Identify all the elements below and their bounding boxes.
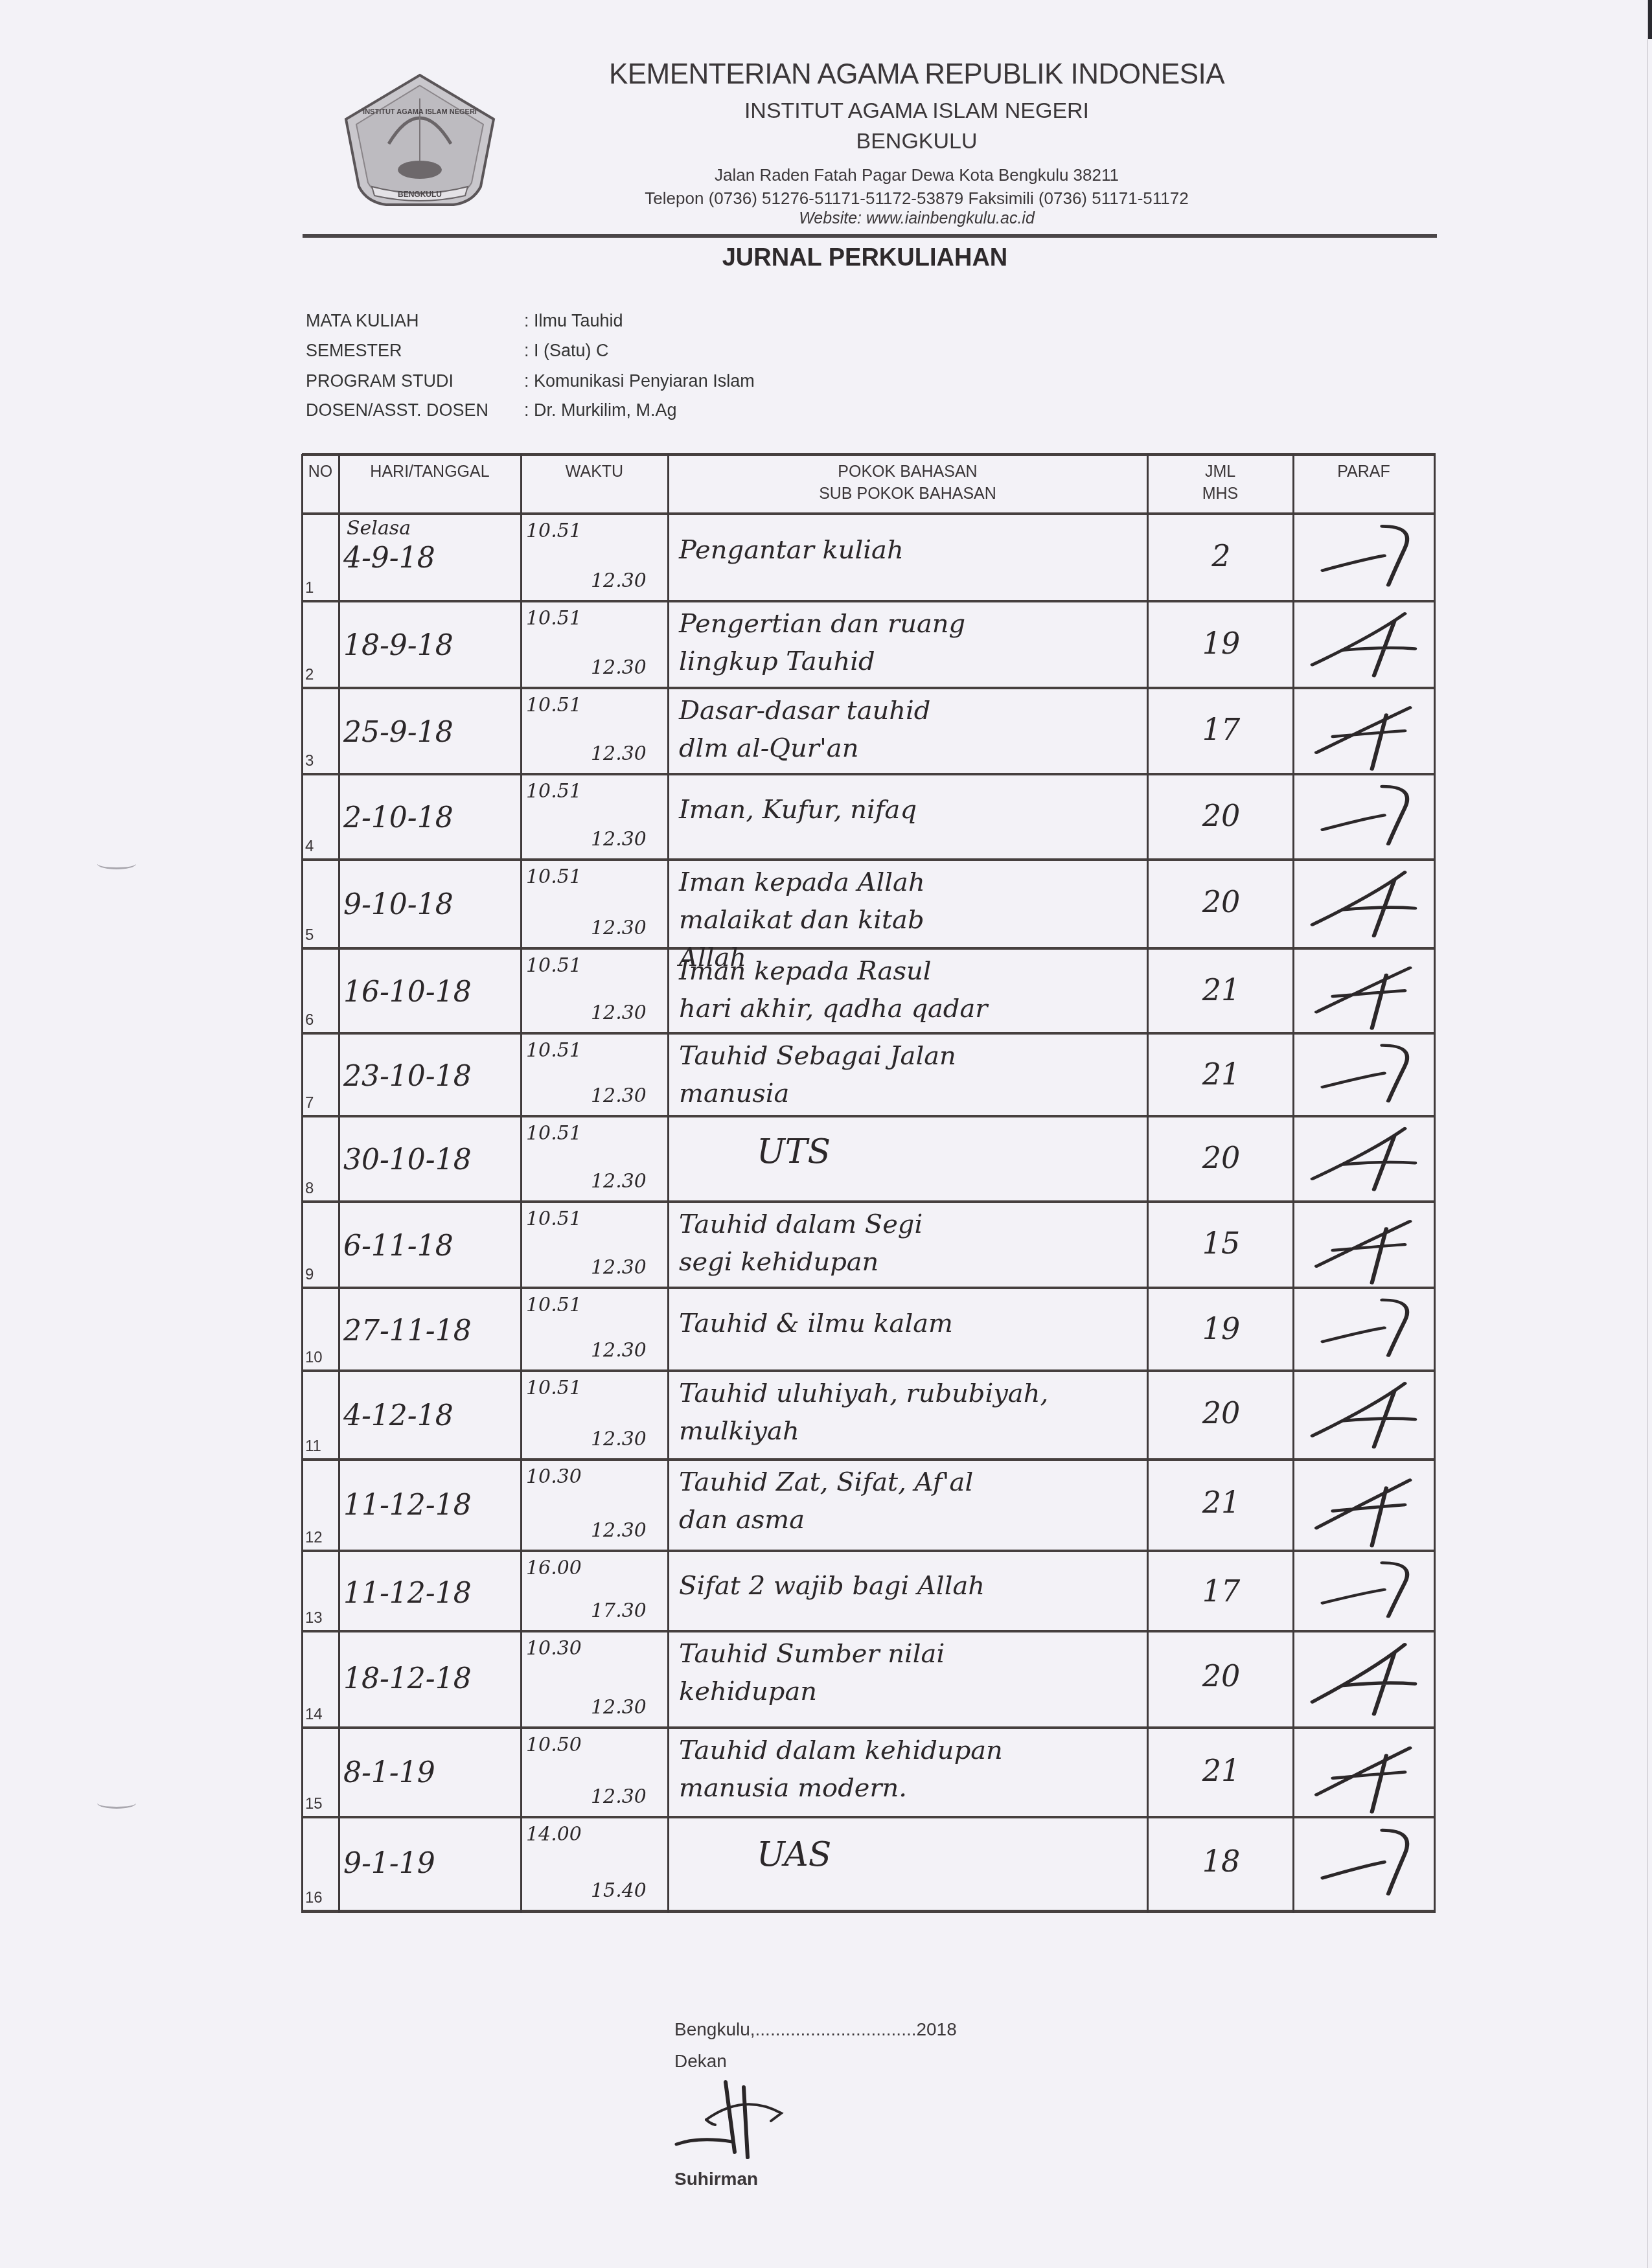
row-student-count: 20 — [1150, 1140, 1292, 1179]
row-student-count: 2 — [1150, 538, 1292, 577]
signatory-position: Dekan — [674, 2051, 727, 2072]
row-topic-line: hari akhir, qadha qadar — [679, 990, 1142, 1027]
row-topic: Iman kepada Allahmalaikat dan kitabAllah — [679, 864, 1142, 947]
row-topic-line: manusia — [679, 1075, 1142, 1112]
row-date: 8-1-19 — [343, 1756, 518, 1793]
row-time-end: 12.30 — [591, 1340, 665, 1363]
table-rule — [302, 1458, 1436, 1461]
table-rule — [302, 773, 1436, 775]
initial-signature-icon — [1302, 1733, 1425, 1816]
initial-signature-icon — [1302, 1376, 1425, 1458]
row-date: 23-10-18 — [343, 1060, 518, 1096]
info-label: SEMESTER — [306, 341, 524, 361]
table-column-rule — [301, 454, 303, 1913]
row-time-start: 14.00 — [526, 1824, 604, 1847]
row-student-count: 19 — [1150, 626, 1292, 665]
row-topic-line: malaikat dan kitab — [679, 901, 1142, 939]
header-paraf: PARAF — [1293, 454, 1434, 515]
row-time-end: 12.30 — [591, 1520, 665, 1543]
row-number: 10 — [305, 1349, 338, 1368]
row-topic-line: kehidupan — [679, 1673, 1142, 1710]
row-time-start: 10.51 — [526, 608, 604, 631]
row-date: 4-9-18 — [343, 542, 518, 578]
row-topic-line: segi kehidupan — [679, 1243, 1142, 1281]
row-time-end: 12.30 — [591, 570, 665, 593]
table-column-rule — [1292, 454, 1294, 1913]
info-value: : Ilmu Tauhid — [524, 311, 623, 330]
institute-name: INSTITUT AGAMA ISLAM NEGERI — [557, 98, 1276, 124]
row-number: 8 — [305, 1180, 338, 1199]
table-rule — [302, 1032, 1436, 1035]
row-student-count: 21 — [1150, 1485, 1292, 1524]
row-topic-line: Pengertian dan ruang — [679, 605, 1142, 643]
row-topic: Sifat 2 wajib bagi Allah — [679, 1567, 1142, 1642]
row-topic-line: Tauhid uluhiyah, rububiyah, — [679, 1375, 1142, 1412]
row-time-start: 10.50 — [526, 1734, 604, 1758]
table-rule — [302, 1726, 1436, 1729]
row-student-count: 17 — [1150, 712, 1292, 751]
row-date: 9-10-18 — [343, 888, 518, 924]
letterhead-divider — [303, 234, 1437, 238]
table-rule — [302, 1115, 1436, 1117]
row-date: 18-12-18 — [343, 1662, 518, 1699]
row-topic-line: Tauhid Sebagai Jalan — [679, 1037, 1142, 1075]
row-time-start: 10.51 — [526, 781, 604, 804]
row-student-count: 20 — [1150, 1658, 1292, 1697]
row-time-end: 12.30 — [591, 1257, 665, 1280]
initial-signature-icon — [1302, 1822, 1425, 1910]
header-topic: POKOK BAHASAN SUB POKOK BAHASAN — [668, 454, 1147, 515]
row-topic: Tauhid Sebagai Jalanmanusia — [679, 1037, 1142, 1115]
table-rule — [302, 1550, 1436, 1552]
row-topic: Tauhid dalam Segisegi kehidupan — [679, 1206, 1142, 1287]
row-date: 25-9-18 — [343, 716, 518, 752]
row-time-end: 12.30 — [591, 1697, 665, 1720]
initial-signature-icon — [1302, 1556, 1425, 1630]
row-time-end: 12.30 — [591, 829, 665, 852]
row-time-end: 12.30 — [591, 1085, 665, 1108]
row-time-end: 17.30 — [591, 1600, 665, 1623]
info-label: MATA KULIAH — [306, 311, 524, 331]
table-column-rule — [667, 454, 669, 1913]
row-time-start: 10.51 — [526, 694, 604, 718]
row-number: 1 — [305, 579, 338, 599]
row-number: 16 — [305, 1889, 338, 1908]
row-topic-line: Tauhid Zat, Sifat, Af'al — [679, 1463, 1142, 1501]
row-number: 3 — [305, 752, 338, 772]
table-column-rule — [520, 454, 522, 1913]
row-time-end: 12.30 — [591, 1786, 665, 1809]
row-date: 16-10-18 — [343, 976, 518, 1012]
row-time-end: 12.30 — [591, 1002, 665, 1025]
dean-signature-icon — [672, 2079, 789, 2167]
table-rule — [302, 687, 1436, 689]
header-no: NO — [302, 454, 339, 515]
row-topic-line: lingkup Tauhid — [679, 643, 1142, 680]
row-date: 6-11-18 — [343, 1230, 518, 1266]
punch-hole-mark — [97, 1798, 136, 1809]
svg-text:INSTITUT AGAMA ISLAM NEGERI: INSTITUT AGAMA ISLAM NEGERI — [363, 108, 477, 116]
info-program: PROGRAM STUDI: Komunikasi Penyiaran Isla… — [306, 371, 755, 391]
row-number: 5 — [305, 926, 338, 946]
initial-signature-icon — [1302, 606, 1425, 687]
row-day: Selasa — [347, 518, 489, 541]
initial-signature-icon — [1302, 1293, 1425, 1369]
institute-seal-icon: BENGKULU INSTITUT AGAMA ISLAM NEGERI — [343, 73, 496, 210]
info-course: MATA KULIAH: Ilmu Tauhid — [306, 311, 623, 331]
row-student-count: 19 — [1150, 1311, 1292, 1350]
table-column-rule — [338, 454, 340, 1913]
row-student-count: 21 — [1150, 972, 1292, 1011]
header-date: HARI/TANGGAL — [339, 454, 521, 515]
info-label: PROGRAM STUDI — [306, 371, 524, 391]
row-topic: UTS — [679, 1133, 1220, 1213]
row-time-end: 15.40 — [591, 1880, 665, 1903]
row-date: 11-12-18 — [343, 1489, 518, 1525]
row-number: 11 — [305, 1438, 338, 1457]
document-title: JURNAL PERKULIAHAN — [648, 244, 1082, 272]
row-topic: Tauhid Zat, Sifat, Af'aldan asma — [679, 1463, 1142, 1550]
row-time-start: 10.51 — [526, 1294, 604, 1318]
row-time-end: 12.30 — [591, 743, 665, 766]
header-topic-line2: SUB POKOK BAHASAN — [668, 483, 1147, 505]
row-date: 11-12-18 — [343, 1577, 518, 1613]
place-date-line: Bengkulu,...............................… — [674, 2019, 957, 2040]
table-column-rule — [1434, 454, 1436, 1913]
row-topic-line: Iman kepada Allah — [679, 864, 1142, 901]
row-time-start: 10.51 — [526, 520, 604, 544]
initial-signature-icon — [1302, 1207, 1425, 1287]
row-topic: Tauhid dalam kehidupanmanusia modern. — [679, 1732, 1142, 1816]
header-count-line1: JML — [1147, 461, 1293, 483]
row-topic-line: dan asma — [679, 1501, 1142, 1539]
row-time-end: 12.30 — [591, 657, 665, 680]
initial-signature-icon — [1302, 519, 1425, 600]
info-value: : Dr. Murkilim, M.Ag — [524, 400, 677, 420]
header-count-line2: MHS — [1147, 483, 1293, 505]
row-time-end: 12.30 — [591, 1428, 665, 1452]
table-rule — [302, 1816, 1436, 1818]
row-time-start: 10.51 — [526, 1040, 604, 1063]
header-time: WAKTU — [521, 454, 668, 515]
row-time-start: 16.00 — [526, 1557, 604, 1581]
svg-text:BENGKULU: BENGKULU — [398, 190, 442, 199]
row-topic-line: Pengantar kuliah — [679, 531, 1142, 569]
info-value: : Komunikasi Penyiaran Islam — [524, 371, 755, 391]
row-time-start: 10.51 — [526, 1123, 604, 1146]
row-topic-line: Tauhid Sumber nilai — [679, 1635, 1142, 1673]
initial-signature-icon — [1302, 1465, 1425, 1550]
initial-signature-icon — [1302, 865, 1425, 947]
row-number: 9 — [305, 1266, 338, 1285]
page-edge — [1647, 0, 1648, 2268]
row-number: 12 — [305, 1529, 338, 1548]
row-topic-line: Sifat 2 wajib bagi Allah — [679, 1567, 1142, 1605]
table-rule — [302, 512, 1436, 515]
row-number: 15 — [305, 1795, 338, 1815]
row-topic: Tauhid uluhiyah, rububiyah,mulkiyah — [679, 1375, 1142, 1458]
row-topic: UAS — [679, 1836, 1220, 1925]
info-lecturer: DOSEN/ASST. DOSEN: Dr. Murkilim, M.Ag — [306, 400, 677, 420]
row-student-count: 20 — [1150, 884, 1292, 923]
row-date: 4-12-18 — [343, 1399, 518, 1436]
row-student-count: 21 — [1150, 1057, 1292, 1095]
row-student-count: 20 — [1150, 798, 1292, 837]
scan-edge-shadow — [1648, 0, 1652, 39]
row-time-start: 10.30 — [526, 1466, 604, 1489]
row-topic-line: Tauhid & ilmu kalam — [679, 1305, 1142, 1342]
row-date: 30-10-18 — [343, 1143, 518, 1180]
row-topic: Iman kepada Rasulhari akhir, qadha qadar — [679, 952, 1142, 1032]
info-semester: SEMESTER: I (Satu) C — [306, 341, 609, 361]
row-topic-line: mulkiyah — [679, 1412, 1142, 1450]
row-student-count: 18 — [1150, 1844, 1292, 1883]
row-topic: Tauhid & ilmu kalam — [679, 1305, 1142, 1382]
institute-phone: Telepon (0736) 51276-51171-51172-53879 F… — [557, 189, 1276, 209]
punch-hole-mark — [97, 858, 136, 869]
info-value: : I (Satu) C — [524, 341, 609, 360]
table-rule — [302, 1287, 1436, 1289]
row-student-count: 15 — [1150, 1226, 1292, 1265]
ministry-name: KEMENTERIAN AGAMA REPUBLIK INDONESIA — [557, 58, 1276, 91]
row-number: 4 — [305, 838, 338, 857]
row-topic: Pengertian dan ruanglingkup Tauhid — [679, 605, 1142, 687]
row-topic-line: Tauhid dalam kehidupan — [679, 1732, 1142, 1769]
institute-website: Website: www.iainbengkulu.ac.id — [557, 209, 1276, 228]
row-date: 27-11-18 — [343, 1314, 518, 1351]
row-topic: Tauhid Sumber nilaikehidupan — [679, 1635, 1142, 1726]
table-rule — [302, 453, 1436, 456]
row-time-start: 10.51 — [526, 955, 604, 978]
row-topic: Iman, Kufur, nifaq — [679, 791, 1142, 871]
row-student-count: 20 — [1150, 1395, 1292, 1434]
row-number: 13 — [305, 1609, 338, 1629]
row-student-count: 21 — [1150, 1753, 1292, 1792]
header-count: JML MHS — [1147, 454, 1293, 515]
row-topic-line: Tauhid dalam Segi — [679, 1206, 1142, 1243]
initial-signature-icon — [1302, 1636, 1425, 1726]
row-date: 2-10-18 — [343, 801, 518, 838]
row-student-count: 17 — [1150, 1574, 1292, 1612]
row-date: 18-9-18 — [343, 629, 518, 665]
info-label: DOSEN/ASST. DOSEN — [306, 400, 524, 420]
row-time-start: 10.51 — [526, 866, 604, 889]
initial-signature-icon — [1302, 1121, 1425, 1200]
row-topic-line: manusia modern. — [679, 1769, 1142, 1807]
row-time-end: 12.30 — [591, 917, 665, 941]
row-topic-line: Dasar-dasar tauhid — [679, 692, 1142, 729]
row-topic-line: Iman kepada Rasul — [679, 952, 1142, 990]
row-time-start: 10.30 — [526, 1638, 604, 1661]
row-number: 14 — [305, 1706, 338, 1725]
initial-signature-icon — [1302, 1038, 1425, 1115]
institute-city: BENGKULU — [557, 129, 1276, 154]
row-topic-line: dlm al-Qur'an — [679, 729, 1142, 767]
institute-address: Jalan Raden Fatah Pagar Dewa Kota Bengku… — [557, 165, 1276, 185]
row-topic: Pengantar kuliah — [679, 531, 1142, 613]
row-date: 9-1-19 — [343, 1847, 518, 1883]
row-time-start: 10.51 — [526, 1208, 604, 1231]
row-topic-line: Iman, Kufur, nifaq — [679, 791, 1142, 829]
initial-signature-icon — [1302, 779, 1425, 858]
row-time-start: 10.51 — [526, 1377, 604, 1401]
signatory-name: Suhirman — [674, 2169, 758, 2190]
row-number: 7 — [305, 1094, 338, 1114]
initial-signature-icon — [1302, 693, 1425, 773]
row-number: 6 — [305, 1011, 338, 1031]
initial-signature-icon — [1302, 954, 1425, 1032]
row-topic: Dasar-dasar tauhiddlm al-Qur'an — [679, 692, 1142, 773]
row-number: 2 — [305, 666, 338, 685]
row-time-end: 12.30 — [591, 1171, 665, 1194]
header-topic-line1: POKOK BAHASAN — [668, 461, 1147, 483]
